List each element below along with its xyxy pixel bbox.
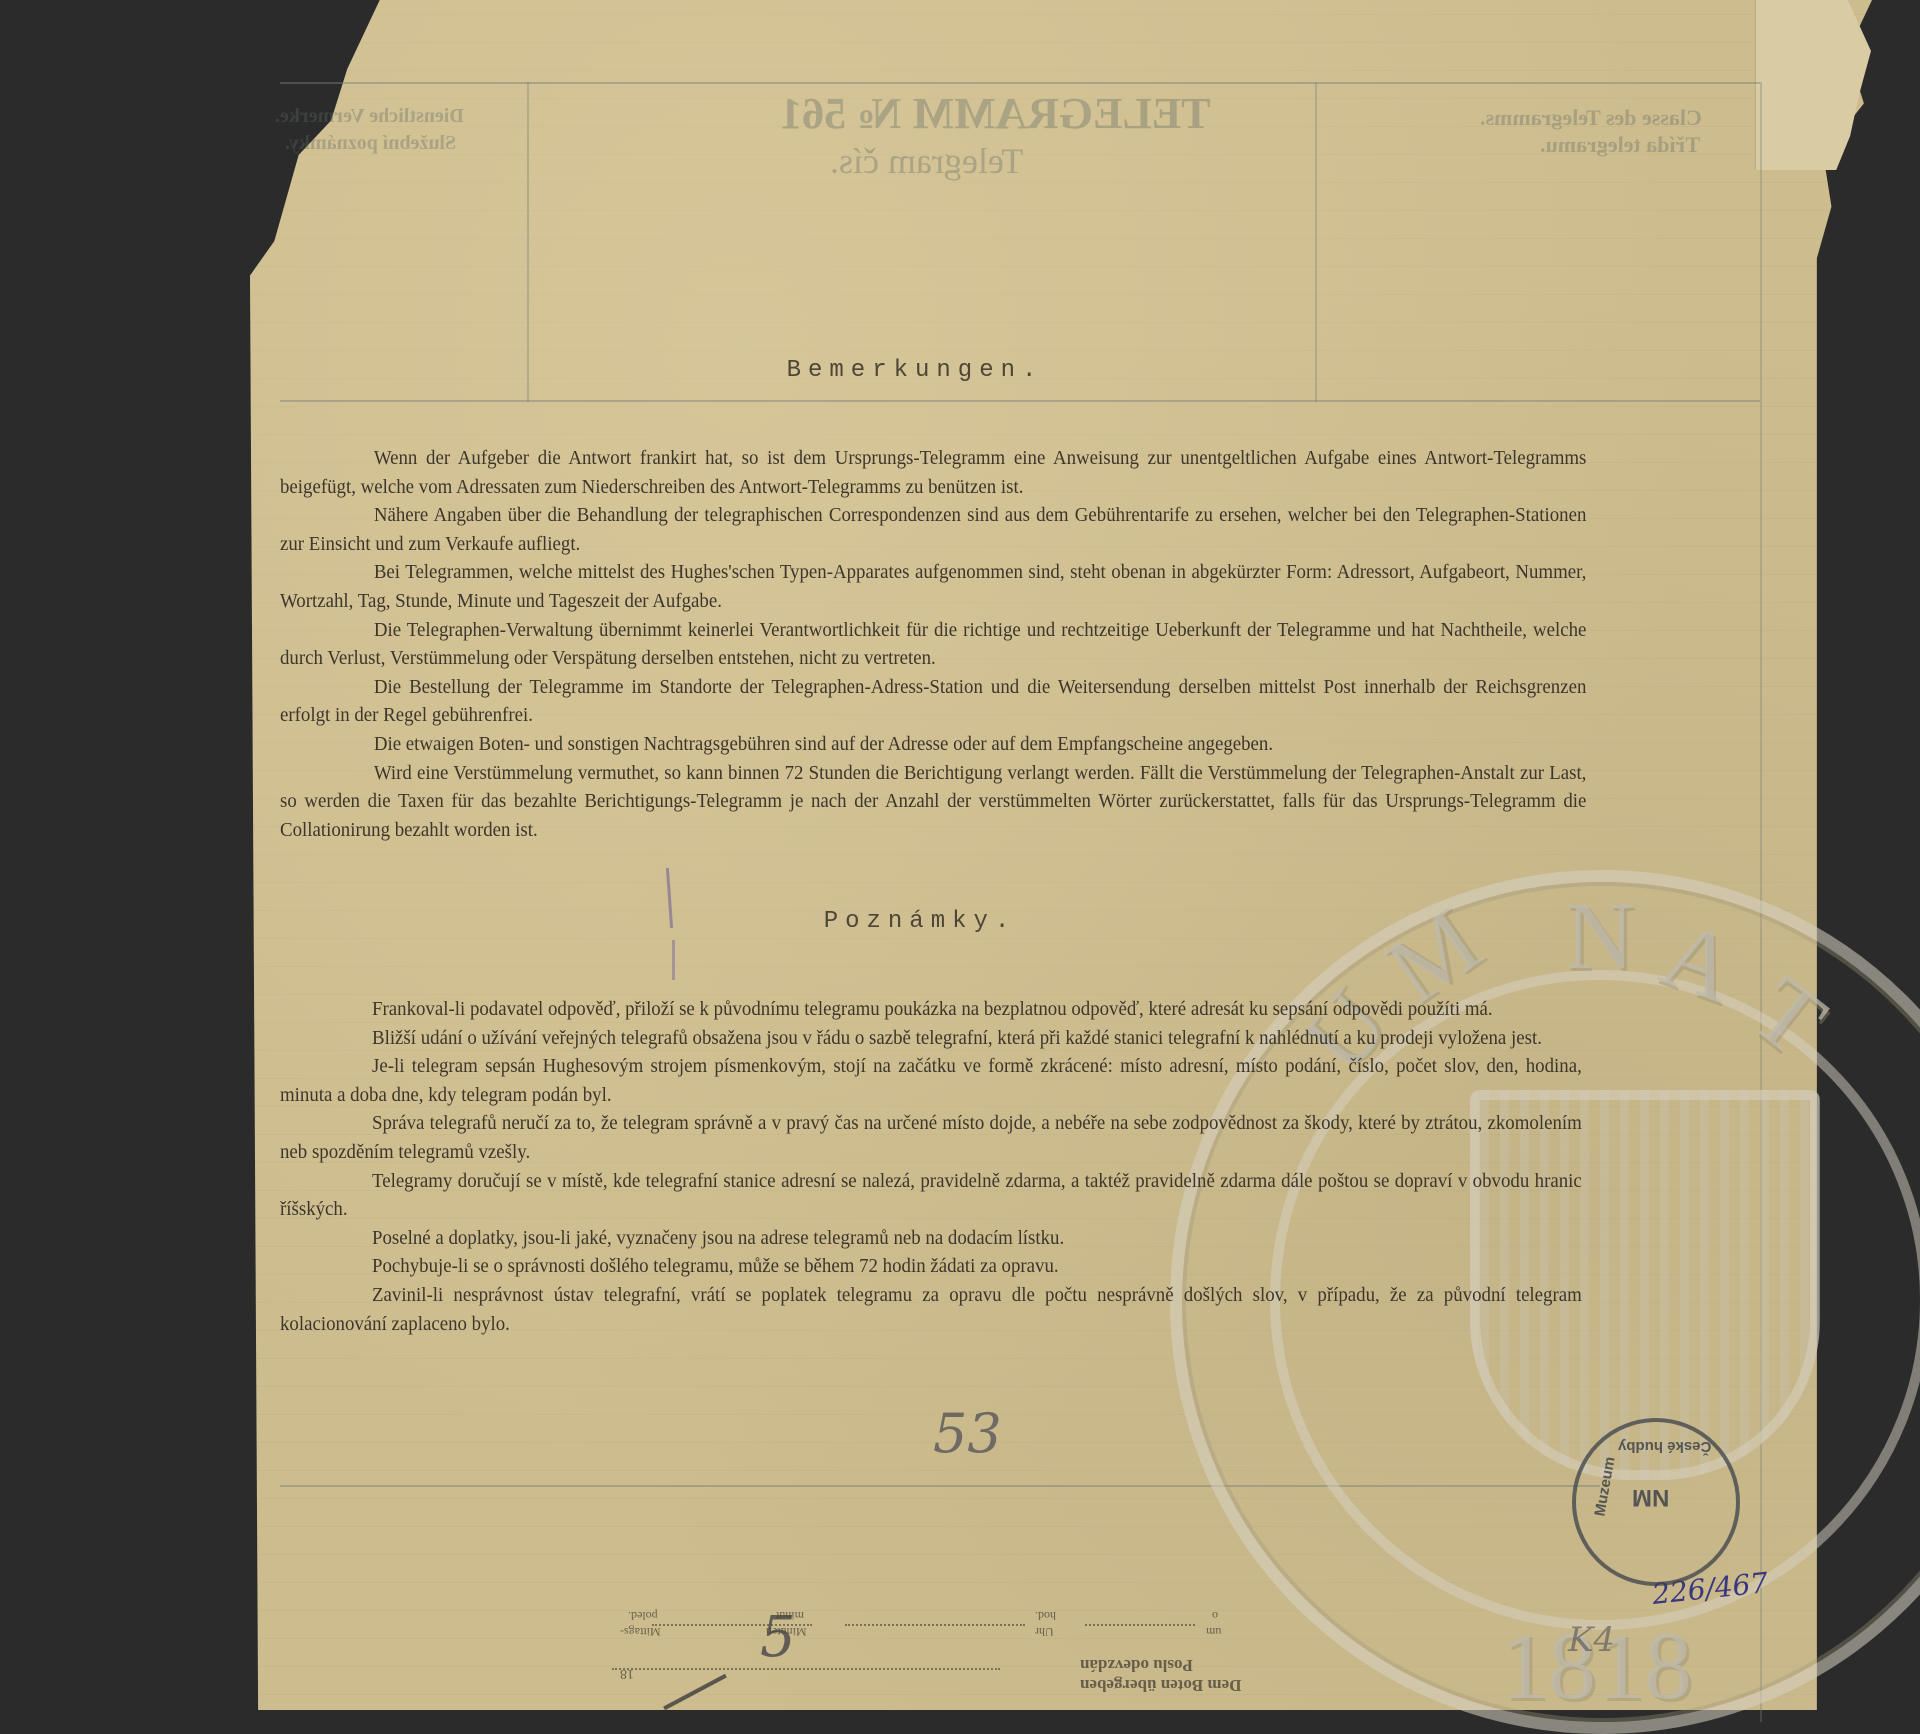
german-heading: Bemerkungen. [0,357,1875,384]
footer-hod: hod. [1035,1608,1056,1623]
pencil-initials: K4 [1568,1620,1615,1660]
czech-paragraphs: Frankoval-li podavatel odpověď, přiloží … [280,995,1582,1338]
footer-dotted-line [612,1668,1000,1670]
czech-paragraph: Pochybuje-li se o správnosti došlého tel… [280,1252,1582,1281]
form-rule [280,82,1760,84]
ink-mark [672,940,675,980]
form-rule [527,82,529,402]
ghost-telegram-cz: Telegram čís. [830,140,1023,182]
german-paragraph: Wird eine Verstümmelung vermuthet, so ka… [280,759,1586,845]
ghost-class-cz: Třída telegramu. [1540,132,1700,158]
torn-paper-flap [1755,0,1871,170]
german-paragraph: Die Bestellung der Telegramme im Standor… [280,673,1586,730]
footer-dotted-line [652,1624,812,1626]
ghost-official-notes-cz: Služební poznámky. [285,132,456,155]
footer-um: um [1206,1624,1221,1639]
german-paragraphs: Wenn der Aufgeber die Antwort frankirt h… [280,444,1586,844]
form-rule [280,400,1760,402]
ghost-class-de: Classe des Telegramms. [1480,105,1702,131]
footer-year-prefix: 18 [620,1665,634,1681]
seal-letter: N [1565,880,1634,991]
czech-paragraph: Poselné a doplatky, jsou-li jaké, vyznač… [280,1224,1582,1253]
footer-delivered-de: Dem Boten übergeben [1080,1675,1241,1695]
stamp-center-text: NM [1632,1483,1669,1511]
german-paragraph: Wenn der Aufgeber die Antwort frankirt h… [280,444,1586,501]
footer-minuten: Minuten [766,1624,807,1639]
footer-mittags: Mittags- [620,1624,661,1639]
czech-heading: Poznámky. [0,908,1880,935]
footer-dotted-line [1085,1624,1195,1626]
ghost-telegram-number: TELEGRAMM № 561 [780,88,1210,139]
german-paragraph: Nähere Angaben über die Behandlung der t… [280,501,1586,558]
footer-poled: poled. [628,1608,658,1623]
ghost-official-notes-de: Dienstliche Vermerke. [275,105,464,128]
footer-uhr: Uhr [1035,1624,1054,1639]
footer-dotted-line [845,1624,1025,1626]
german-paragraph: Die etwaigen Boten- und sonstigen Nachtr… [280,730,1586,759]
pencil-page-number: 53 [933,1402,1002,1465]
czech-paragraph: Telegramy doručují se v místě, kde teleg… [280,1167,1582,1224]
footer-delivered-cz: Poslu odevzdán [1080,1655,1193,1675]
czech-paragraph: Správa telegrafů neručí za to, že telegr… [280,1109,1582,1166]
czech-paragraph: Frankoval-li podavatel odpověď, přiloží … [280,995,1582,1024]
footer-minut: minut [776,1608,804,1623]
form-rule [1315,82,1317,402]
czech-paragraph: Je-li telegram sepsán Hughesovým strojem… [280,1052,1582,1109]
czech-paragraph: Bližší udání o užívání veřejných telegra… [280,1024,1582,1053]
czech-paragraph: Zavinil-li nesprávnost ústav telegrafní,… [280,1281,1582,1338]
stamp-top-text: České hudby [1618,1438,1711,1455]
german-paragraph: Bei Telegrammen, welche mittelst des Hug… [280,558,1586,615]
german-paragraph: Die Telegraphen-Verwaltung übernimmt kei… [280,616,1586,673]
footer-o: o [1212,1608,1218,1623]
